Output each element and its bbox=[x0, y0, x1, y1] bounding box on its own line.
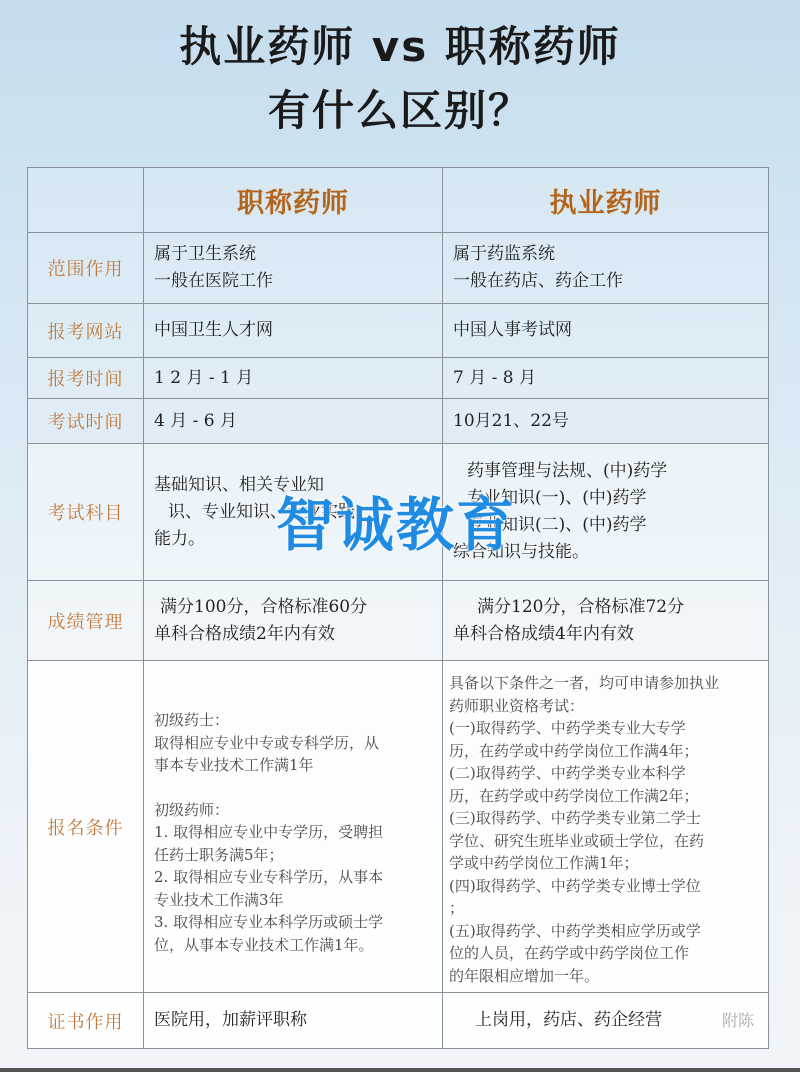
row-label-subjects: 考试科目 bbox=[28, 444, 144, 581]
row-label-score: 成绩管理 bbox=[28, 581, 144, 661]
row-label-certificate: 证书作用 bbox=[28, 993, 144, 1049]
cell-range-licensed: 属于药监系统 一般在药店、药企工作 bbox=[443, 233, 769, 304]
text-line: (五)取得药学、中药学类相应学历或学 bbox=[449, 920, 764, 943]
table-row-range: 范围作用 属于卫生系统 一般在医院工作 属于药监系统 一般在药店、药企工作 bbox=[28, 233, 769, 304]
cell-website-licensed: 中国人事考试网 bbox=[443, 304, 769, 358]
text-line: 位，从事本专业技术工作满1年。 bbox=[154, 934, 434, 957]
watermark: 智诚教育 bbox=[276, 490, 516, 560]
page-title: 执业药师 vs 职称药师 bbox=[0, 14, 800, 74]
text-line: 专业技术工作满3年 bbox=[154, 889, 434, 912]
cell-requirements-licensed: 具备以下条件之一者，均可申请参加执业 药师职业资格考试： (一)取得药学、中药学… bbox=[443, 661, 769, 993]
subheading-junior-assistant: 初级药士： bbox=[154, 709, 434, 732]
text-line: (二)取得药学、中药学类专业本科学 bbox=[449, 762, 764, 785]
table-row-score: 成绩管理 满分100分，合格标准60分 单科合格成绩2年内有效 满分120分，合… bbox=[28, 581, 769, 661]
text-line: 位的人员，在药学或中药学岗位工作 bbox=[449, 942, 764, 965]
cell-certificate-title: 医院用，加薪评职称 bbox=[144, 993, 443, 1049]
text-line: 单科合格成绩2年内有效 bbox=[154, 621, 432, 648]
header-licensed-pharmacist: 执业药师 bbox=[443, 168, 769, 233]
text-line: 上岗用，药店、药企经营 bbox=[453, 1010, 662, 1030]
bottom-divider bbox=[0, 1068, 800, 1072]
subheading-junior-pharmacist: 初级药师： bbox=[154, 799, 434, 822]
table-header-row: 职称药师 执业药师 bbox=[28, 168, 769, 233]
comparison-table: 职称药师 执业药师 范围作用 属于卫生系统 一般在医院工作 属于药监系统 一般在… bbox=[27, 167, 769, 1049]
text-line: 历，在药学或中药学岗位工作满2年； bbox=[449, 785, 764, 808]
cell-exam-time-licensed: 10月21、22号 bbox=[443, 399, 769, 444]
table-row-website: 报考网站 中国卫生人才网 中国人事考试网 bbox=[28, 304, 769, 358]
cell-apply-time-licensed: 7 月 - 8 月 bbox=[443, 358, 769, 399]
text-line: 事本专业技术工作满1年 bbox=[154, 754, 434, 777]
text-line: 属于卫生系统 bbox=[154, 241, 432, 268]
text-line: 1. 取得相应专业中专学历，受聘担 bbox=[154, 821, 434, 844]
cell-requirements-title: 初级药士： 取得相应专业中专或专科学历，从 事本专业技术工作满1年 初级药师： … bbox=[144, 661, 443, 993]
table-row-requirements: 报名条件 初级药士： 取得相应专业中专或专科学历，从 事本专业技术工作满1年 初… bbox=[28, 661, 769, 993]
text-line: 3. 取得相应专业本科学历或硕士学 bbox=[154, 911, 434, 934]
row-label-requirements: 报名条件 bbox=[28, 661, 144, 993]
row-label-apply-time: 报考时间 bbox=[28, 358, 144, 399]
cell-certificate-licensed: 上岗用，药店、药企经营 附陈 bbox=[443, 993, 769, 1049]
text-line: 满分100分，合格标准60分 bbox=[154, 594, 432, 621]
header-title-pharmacist: 职称药师 bbox=[144, 168, 443, 233]
header-corner bbox=[28, 168, 144, 233]
table-row-certificate: 证书作用 医院用，加薪评职称 上岗用，药店、药企经营 附陈 bbox=[28, 993, 769, 1049]
text-line: ； bbox=[449, 897, 764, 920]
cell-score-title: 满分100分，合格标准60分 单科合格成绩2年内有效 bbox=[144, 581, 443, 661]
text-line: 满分120分，合格标准72分 bbox=[453, 594, 758, 621]
text-line: 单科合格成绩4年内有效 bbox=[453, 621, 758, 648]
page-subtitle: 有什么区别？ bbox=[0, 78, 800, 138]
text-line: 取得相应专业中专或专科学历，从 bbox=[154, 732, 434, 755]
text-line: (一)取得药学、中药学类专业大专学 bbox=[449, 717, 764, 740]
text-line: 的年限相应增加一年。 bbox=[449, 965, 764, 988]
text-line: 具备以下条件之一者，均可申请参加执业 bbox=[449, 672, 764, 695]
cell-range-title: 属于卫生系统 一般在医院工作 bbox=[144, 233, 443, 304]
table-row-apply-time: 报考时间 1 2 月 - 1 月 7 月 - 8 月 bbox=[28, 358, 769, 399]
text-line: 2. 取得相应专业专科学历，从事本 bbox=[154, 866, 434, 889]
cell-exam-time-title: 4 月 - 6 月 bbox=[144, 399, 443, 444]
text-line: 历，在药学或中药学岗位工作满4年； bbox=[449, 740, 764, 763]
row-label-exam-time: 考试时间 bbox=[28, 399, 144, 444]
text-line: 属于药监系统 bbox=[453, 241, 758, 268]
row-label-range: 范围作用 bbox=[28, 233, 144, 304]
row-label-website: 报考网站 bbox=[28, 304, 144, 358]
text-line: 一般在药店、药企工作 bbox=[453, 268, 758, 295]
text-line: 药事管理与法规、(中)药学 bbox=[453, 458, 758, 485]
text-line: 任药士职务满5年； bbox=[154, 844, 434, 867]
text-line: (三)取得药学、中药学类专业第二学士 bbox=[449, 807, 764, 830]
text-line: 一般在医院工作 bbox=[154, 268, 432, 295]
cell-apply-time-title: 1 2 月 - 1 月 bbox=[144, 358, 443, 399]
text-line: 学位、研究生班毕业或硕士学位，在药 bbox=[449, 830, 764, 853]
table-row-exam-time: 考试时间 4 月 - 6 月 10月21、22号 bbox=[28, 399, 769, 444]
text-line: 药师职业资格考试： bbox=[449, 695, 764, 718]
cell-score-licensed: 满分120分，合格标准72分 单科合格成绩4年内有效 bbox=[443, 581, 769, 661]
faded-text: 附陈 bbox=[722, 1007, 754, 1034]
text-line: (四)取得药学、中药学类专业博士学位 bbox=[449, 875, 764, 898]
cell-website-title: 中国卫生人才网 bbox=[144, 304, 443, 358]
text-line: 学或中药学岗位工作满1年； bbox=[449, 852, 764, 875]
